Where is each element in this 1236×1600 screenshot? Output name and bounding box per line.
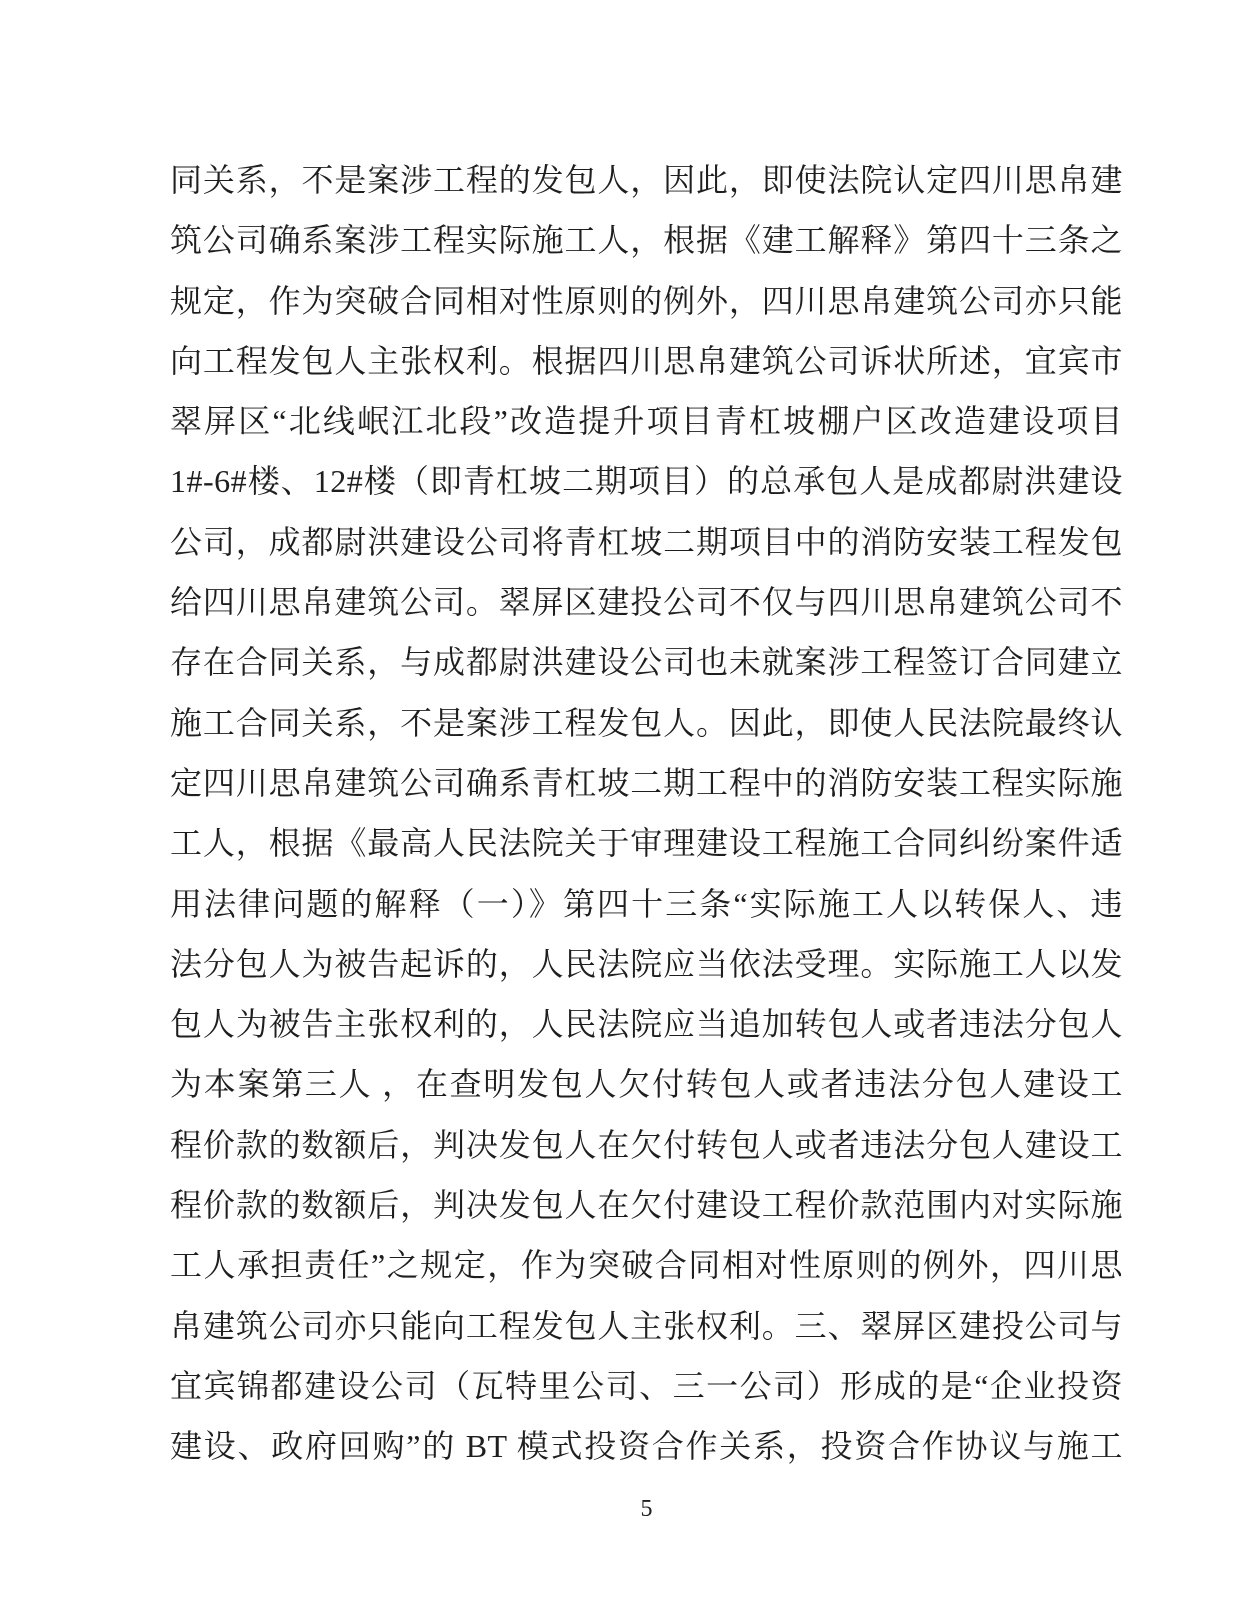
text-line: 法分包人为被告起诉的，人民法院应当依法受理。实际施工人以发 [170,934,1123,994]
page-number: 5 [641,1496,653,1522]
text-line: 规定，作为突破合同相对性原则的例外，四川思帛建筑公司亦只能 [170,271,1123,331]
text-line: 给四川思帛建筑公司。翠屏区建投公司不仅与四川思帛建筑公司不 [170,572,1123,632]
text-line: 存在合同关系，与成都尉洪建设公司也未就案涉工程签订合同建立 [170,632,1123,692]
page-footer: 5 [170,1496,1123,1523]
text-line: 为本案第三人 ，在查明发包人欠付转包人或者违法分包人建设工 [170,1054,1123,1114]
text-line: 施工合同关系，不是案涉工程发包人。因此，即使人民法院最终认 [170,693,1123,753]
text-line: 定四川思帛建筑公司确系青杠坡二期工程中的消防安装工程实际施 [170,753,1123,813]
text-line: 1#-6#楼、12#楼（即青杠坡二期项目）的总承包人是成都尉洪建设 [170,451,1123,511]
text-line: 程价款的数额后，判决发包人在欠付转包人或者违法分包人建设工 [170,1115,1123,1175]
text-line: 工人承担责任”之规定，作为突破合同相对性原则的例外，四川思 [170,1235,1123,1295]
text-line: 用法律问题的解释（一）》第四十三条“实际施工人以转保人、违 [170,874,1123,934]
text-line: 帛建筑公司亦只能向工程发包人主张权利。三、翠屏区建投公司与 [170,1296,1123,1356]
text-line: 向工程发包人主张权利。根据四川思帛建筑公司诉状所述，宜宾市 [170,331,1123,391]
text-line: 翠屏区“北线岷江北段”改造提升项目青杠坡棚户区改造建设项目 [170,391,1123,451]
document-body: 同关系，不是案涉工程的发包人，因此，即使法院认定四川思帛建 筑公司确系案涉工程实… [170,150,1123,1477]
text-line: 同关系，不是案涉工程的发包人，因此，即使法院认定四川思帛建 [170,150,1123,210]
text-line: 建设、政府回购”的 BT 模式投资合作关系，投资合作协议与施工 [170,1416,1123,1476]
text-line: 宜宾锦都建设公司（瓦特里公司、三一公司）形成的是“企业投资 [170,1356,1123,1416]
text-line: 程价款的数额后，判决发包人在欠付建设工程价款范围内对实际施 [170,1175,1123,1235]
text-line: 公司，成都尉洪建设公司将青杠坡二期项目中的消防安装工程发包 [170,512,1123,572]
text-line: 筑公司确系案涉工程实际施工人，根据《建工解释》第四十三条之 [170,210,1123,270]
document-page: 同关系，不是案涉工程的发包人，因此，即使法院认定四川思帛建 筑公司确系案涉工程实… [0,0,1236,1600]
text-line: 包人为被告主张权利的，人民法院应当追加转包人或者违法分包人 [170,994,1123,1054]
text-line: 工人，根据《最高人民法院关于审理建设工程施工合同纠纷案件适 [170,813,1123,873]
